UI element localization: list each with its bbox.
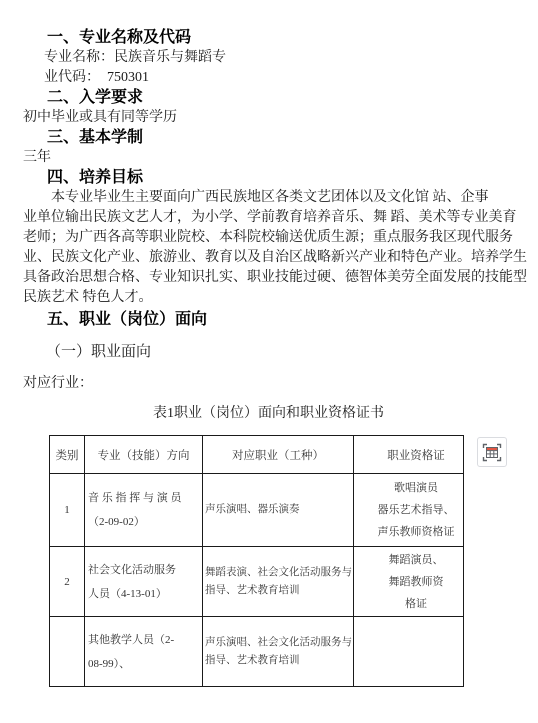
- cell-line: 其他教学人员（2-: [88, 628, 201, 652]
- heading-section-1: 一、专业名称及代码: [47, 28, 514, 48]
- document-viewport: { "doc": { "h1": "一、专业名称及代码", "name_line…: [0, 0, 538, 723]
- objective-line: 本专业毕业生主要面向广西民族地区各类文艺团体以及文化馆 站、企事: [23, 188, 514, 208]
- column-header: 类别: [50, 436, 85, 474]
- cell-category: [50, 617, 85, 687]
- entry-requirement-line: 初中毕业或具有同等学历: [23, 108, 514, 128]
- heading-section-3: 三、基本学制: [47, 128, 514, 148]
- schooling-duration-line: 三年: [23, 148, 514, 168]
- document-page: 一、专业名称及代码 专业名称：民族音乐与舞蹈专 业代码： 750301 二、入学…: [0, 0, 538, 687]
- cell-jobs: 声乐演唱、社会文化活动服务与指导、艺术教育培训: [203, 617, 354, 687]
- cell-category: 1: [50, 474, 85, 547]
- cell-line: 舞蹈教师资: [370, 571, 462, 593]
- cell-category: 2: [50, 547, 85, 617]
- career-table: 类别专业（技能）方向对应职业（工种）职业资格证 1音 乐 指 挥 与 演 员（2…: [49, 435, 464, 687]
- objective-line: 民族艺术 特色人才。: [23, 288, 514, 308]
- cell-certs: 舞蹈演员、舞蹈教师资格证: [354, 547, 464, 617]
- objective-line: 老师；为广西各高等职业院校、本科院校输送优质生源；重点服务我区现代服务: [23, 228, 514, 248]
- cell-line: 格证: [370, 593, 462, 615]
- heading-section-5: 五、职业（岗位）面向: [47, 310, 514, 330]
- table-header-row: 类别专业（技能）方向对应职业（工种）职业资格证: [50, 436, 464, 474]
- cell-certs: [354, 617, 464, 687]
- table-tool-button[interactable]: [477, 437, 507, 467]
- cell-direction: 社会文化活动服务人员（4-13-01）: [85, 547, 203, 617]
- subsection-heading: （一）职业面向: [46, 342, 514, 362]
- cell-line: 舞蹈表演、社会文化活动服务与: [205, 564, 352, 582]
- cell-jobs: 声乐演唱、器乐演奏: [203, 474, 354, 547]
- table-selector-icon: [482, 443, 502, 462]
- cell-line: （2-09-02）: [88, 510, 201, 534]
- cell-line: 歌唱演员: [370, 477, 462, 499]
- objective-line: 业、民族文化产业、旅游业、教育以及自治区战略新兴产业和特色产业。培养学生: [23, 248, 514, 268]
- cell-line: 声乐教师资格证: [370, 521, 462, 543]
- cell-certs: 歌唱演员器乐艺术指导、声乐教师资格证: [354, 474, 464, 547]
- cell-jobs: 舞蹈表演、社会文化活动服务与指导、艺术教育培训: [203, 547, 354, 617]
- cell-line: 指导、艺术教育培训: [205, 652, 352, 670]
- column-header: 专业（技能）方向: [85, 436, 203, 474]
- cell-line: 舞蹈演员、: [370, 549, 462, 571]
- objective-line: 业单位输出民族文艺人才，为小学、学前教育培养音乐、舞 蹈、美术等专业美育: [23, 208, 514, 228]
- cell-line: 器乐艺术指导、: [370, 499, 462, 521]
- table-row: 其他教学人员（2-08-99）、声乐演唱、社会文化活动服务与指导、艺术教育培训: [50, 617, 464, 687]
- cell-direction: 音 乐 指 挥 与 演 员（2-09-02）: [85, 474, 203, 547]
- objective-line: 具备政治思想合格、专业知识扎实、职业技能过硬、德智体美劳全面发展的技能型: [23, 268, 514, 288]
- major-code-line: 业代码： 750301: [44, 68, 514, 88]
- column-header: 职业资格证: [354, 436, 464, 474]
- cell-line: 社会文化活动服务: [88, 558, 201, 582]
- cell-line: 08-99）、: [88, 652, 201, 676]
- cell-direction: 其他教学人员（2-08-99）、: [85, 617, 203, 687]
- cell-line: 声乐演唱、器乐演奏: [205, 501, 352, 519]
- column-header: 对应职业（工种）: [203, 436, 354, 474]
- cell-line: 声乐演唱、社会文化活动服务与: [205, 634, 352, 652]
- table-row: 2社会文化活动服务人员（4-13-01）舞蹈表演、社会文化活动服务与指导、艺术教…: [50, 547, 464, 617]
- training-objective-paragraph: 本专业毕业生主要面向广西民族地区各类文艺团体以及文化馆 站、企事业单位输出民族文…: [23, 188, 514, 308]
- cell-line: 人员（4-13-01）: [88, 582, 201, 606]
- heading-section-2: 二、入学要求: [47, 88, 514, 108]
- industry-label: 对应行业：: [23, 374, 514, 394]
- table-title: 表1职业（岗位）面向和职业资格证书: [23, 404, 514, 424]
- heading-section-4: 四、培养目标: [47, 168, 514, 188]
- major-name-line: 专业名称：民族音乐与舞蹈专: [44, 48, 514, 68]
- cell-line: 指导、艺术教育培训: [205, 582, 352, 600]
- cell-line: 音 乐 指 挥 与 演 员: [88, 486, 201, 510]
- table-row: 1音 乐 指 挥 与 演 员（2-09-02）声乐演唱、器乐演奏歌唱演员器乐艺术…: [50, 474, 464, 547]
